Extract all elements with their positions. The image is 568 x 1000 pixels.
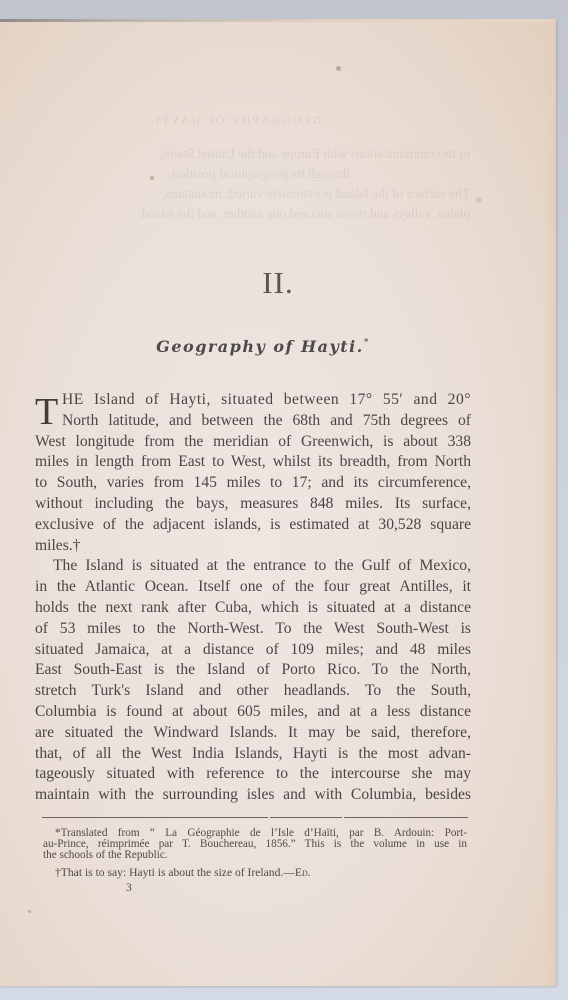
body-text: T HE Island of Hayti, situated between 1…: [35, 390, 471, 806]
text-line: to South, varies from 145 miles to 17; a…: [35, 473, 471, 494]
reverse-page-showthrough: GEOGRAPHY OF HAYTI. to its communication…: [0, 110, 470, 224]
footnotes: *Translated from “ La Géographie de l’Is…: [43, 828, 467, 878]
showthrough-heading: GEOGRAPHY OF HAYTI.: [0, 110, 470, 130]
text-line: in the Atlantic Ocean. Itself one of the…: [35, 577, 471, 598]
paper-spot: [336, 66, 341, 71]
text-line: miles.†: [35, 536, 471, 557]
footnote-editor-mark: Ed.: [295, 866, 311, 879]
text-line: situated Jamaica, at a distance of 109 m…: [35, 640, 471, 661]
text-line: tageously situated with reference to the…: [35, 764, 471, 785]
page-number: 3: [126, 882, 132, 894]
text-line: exclusive of the adjacent islands, is es…: [35, 515, 471, 536]
paper-spot: [150, 176, 154, 180]
text-line: Columbia is found at about 605 miles, an…: [35, 702, 471, 723]
paragraph-2: The Island is situated at the entrance t…: [35, 556, 471, 806]
footnote-translation: *Translated from “ La Géographie de l’Is…: [43, 828, 467, 861]
chapter-title-text: Geography of Hayti.: [156, 337, 364, 356]
text-line: North latitude, and between the 68th and…: [35, 411, 471, 432]
paper-spot: [28, 910, 31, 913]
showthrough-line: The surface of the Island is extremely v…: [0, 184, 470, 204]
showthrough-line: plains, valleys and rivers succeed one a…: [0, 204, 470, 224]
drop-cap: T: [35, 393, 58, 431]
book-page: GEOGRAPHY OF HAYTI. to its communication…: [0, 19, 556, 986]
text-line: miles in length from East to West, whils…: [35, 452, 471, 473]
footnote-size-text: †That is to say: Hayti is about the size…: [55, 866, 295, 879]
page-top-edge: [0, 19, 556, 22]
footnote-line: the schools of the Republic.: [43, 850, 467, 861]
text-line: are situated the Windward Islands. It ma…: [35, 723, 471, 744]
text-line: HE Island of Hayti, situated between 17°…: [35, 390, 471, 411]
footnote-size: †That is to say: Hayti is about the size…: [43, 867, 467, 878]
text-line: maintain with the surrounding isles and …: [35, 785, 471, 806]
text-line: without including the bays, measures 848…: [35, 494, 471, 515]
footnote-divider: [42, 817, 468, 818]
text-line: that, of all the West India Islands, Hay…: [35, 744, 471, 765]
text-line: stretch Turk's Island and other headland…: [35, 681, 471, 702]
text-line: The Island is situated at the entrance t…: [35, 556, 471, 577]
paper-spot: [476, 197, 482, 203]
showthrough-line: to its communications with Europe and th…: [0, 144, 470, 164]
text-line: of 53 miles to the North-West. To the We…: [35, 619, 471, 640]
chapter-numeral: II.: [0, 265, 556, 301]
paragraph-1: HE Island of Hayti, situated between 17°…: [35, 390, 471, 556]
showthrough-line: through its geographical position.: [0, 164, 470, 184]
text-line: East South-East is the Island of Porto R…: [35, 660, 471, 681]
text-line: West longitude from the meridian of Gree…: [35, 432, 471, 453]
footnote-marker-asterisk: *: [364, 338, 370, 348]
text-line: holds the next rank after Cuba, which is…: [35, 598, 471, 619]
page-right-edge: [542, 19, 556, 986]
chapter-title: Geography of Hayti.*: [0, 337, 526, 356]
